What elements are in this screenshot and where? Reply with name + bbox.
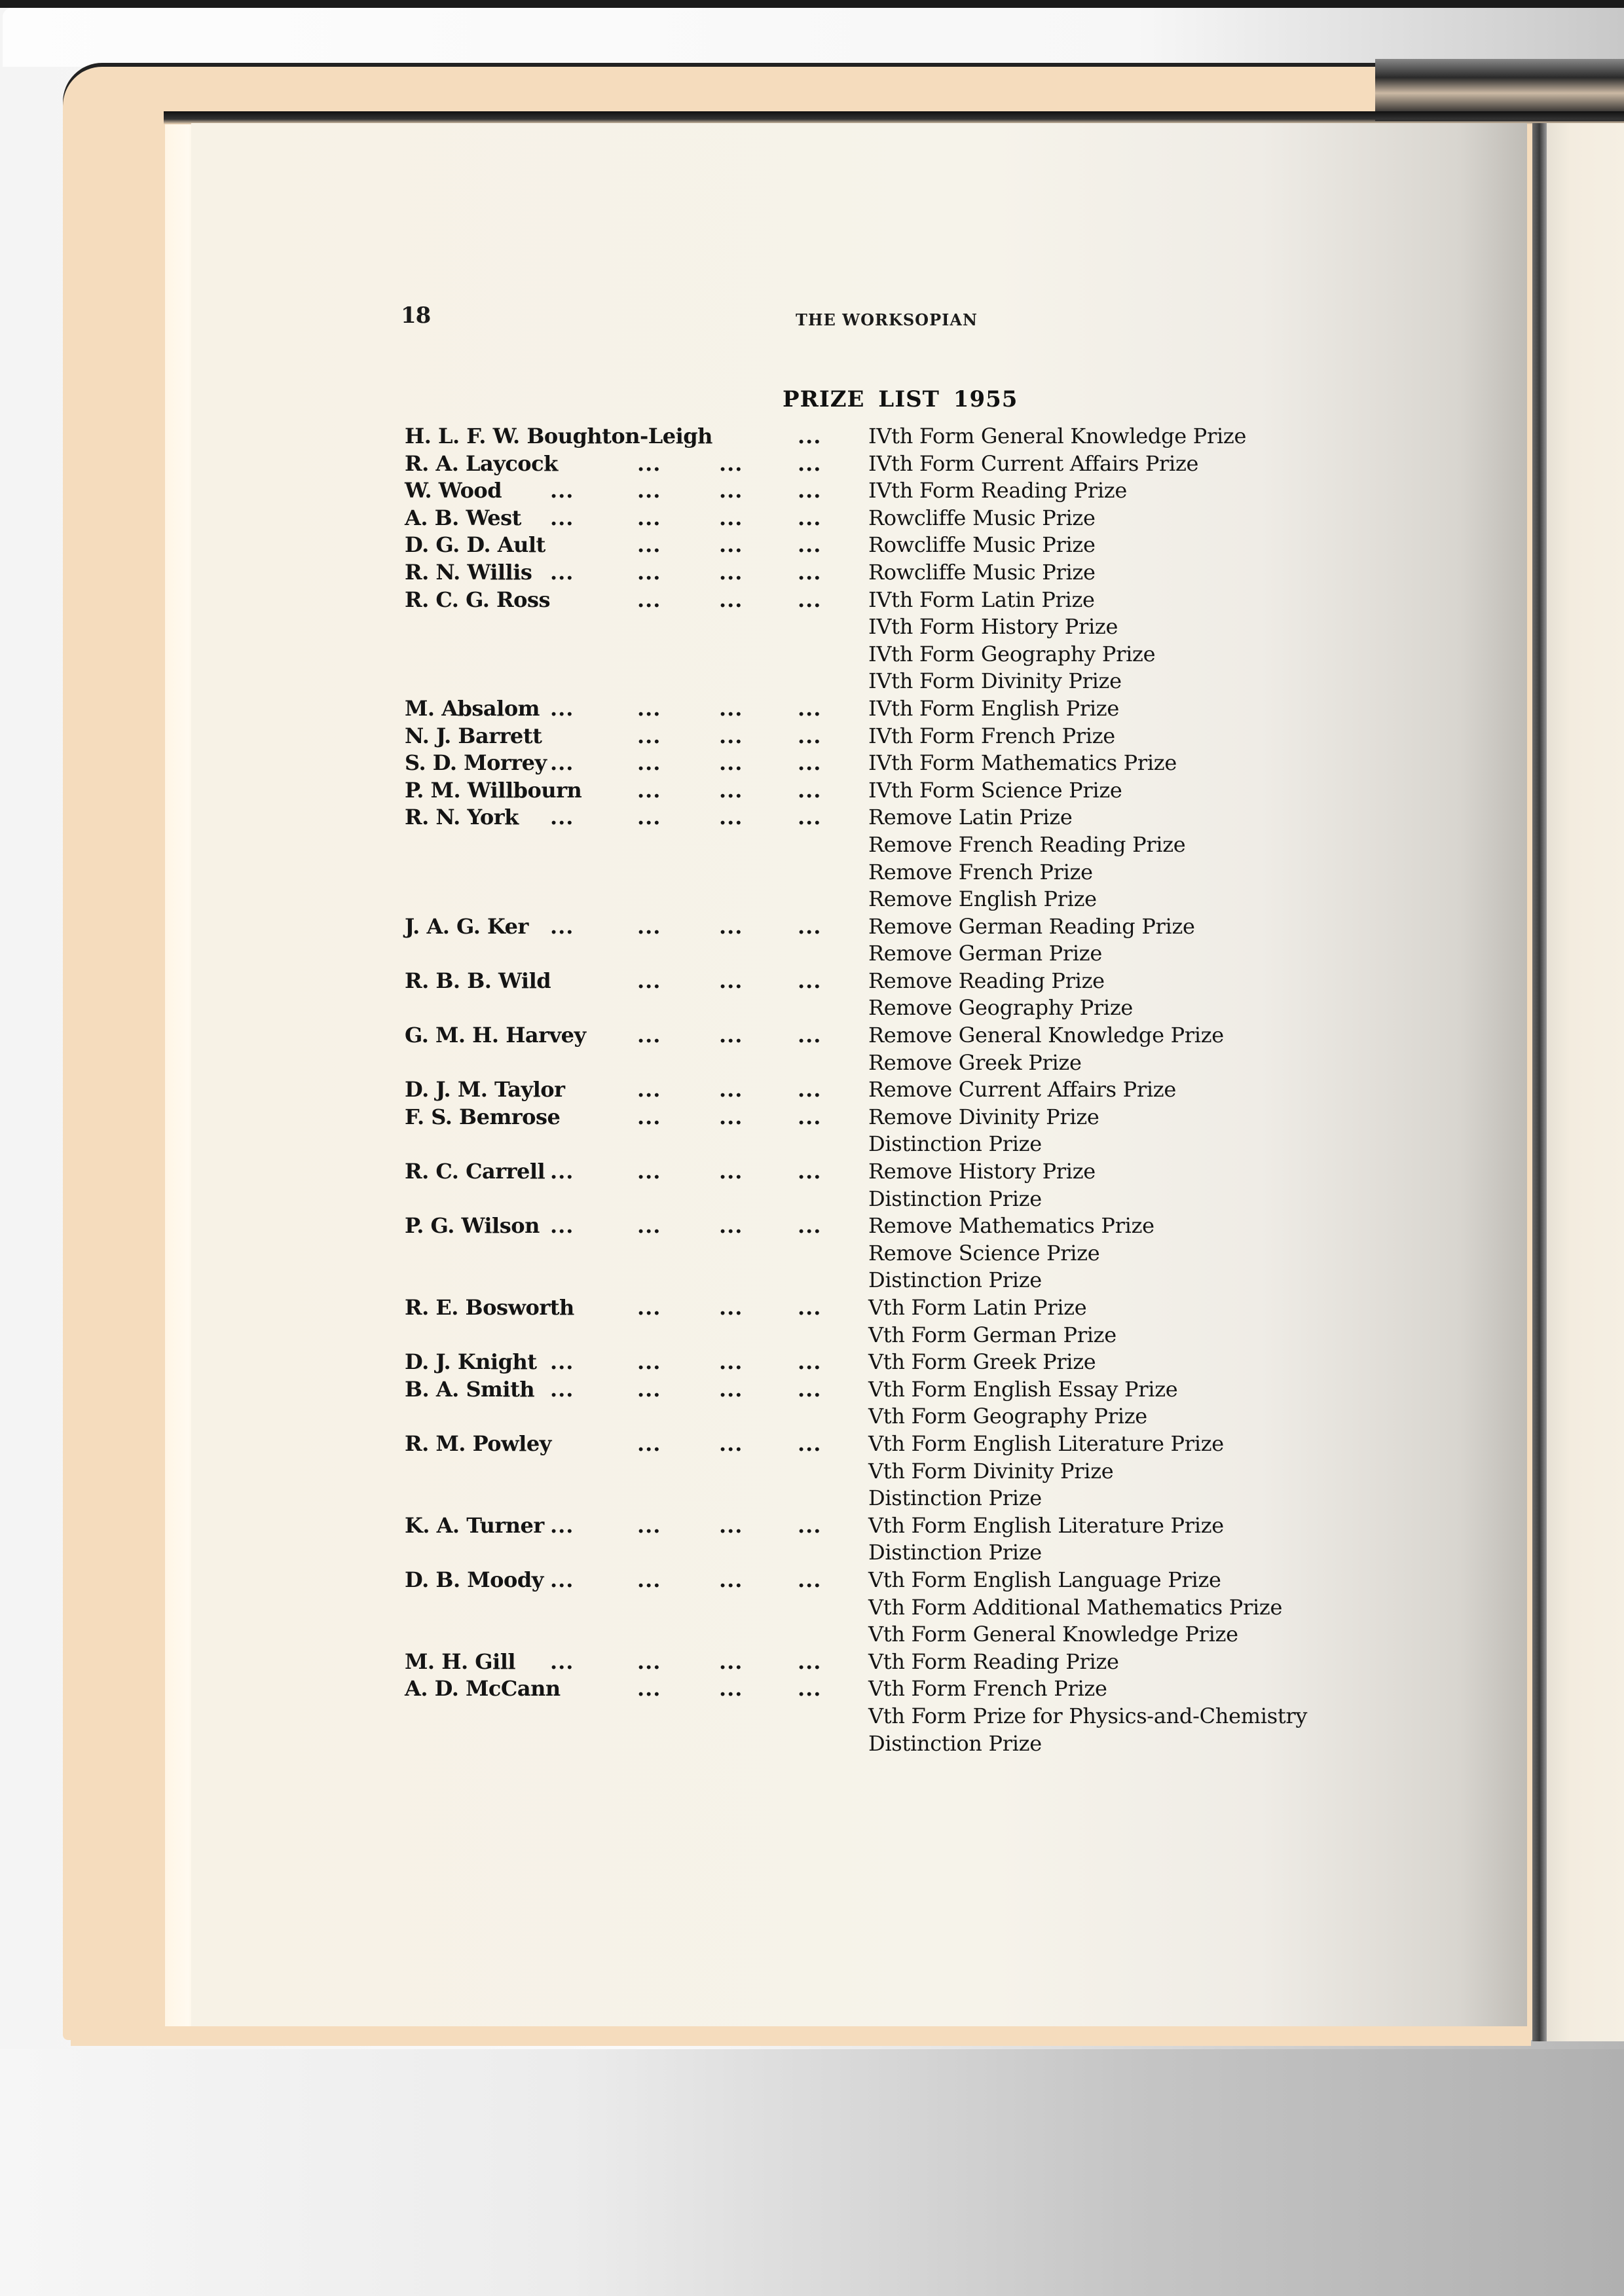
list-item: Remove Geography Prize: [405, 994, 1426, 1022]
prize-name: Distinction Prize: [868, 1539, 1042, 1567]
winner-name: R. B. B. Wild: [405, 968, 551, 995]
winner-name: M. H. Gill: [405, 1649, 515, 1676]
winner-name: D. G. D. Ault: [405, 532, 545, 559]
list-item: H. L. F. W. Boughton-Leigh...IVth Form G…: [405, 423, 1426, 450]
leader-dots: ...: [637, 1294, 661, 1322]
leader-dots: ...: [798, 1512, 821, 1540]
list-item: Vth Form German Prize: [405, 1322, 1426, 1349]
leader-dots: ...: [637, 777, 661, 805]
leader-dots: ...: [719, 777, 743, 805]
leader-dots: ...: [798, 1158, 821, 1186]
leader-dots: ...: [798, 968, 821, 995]
list-item: Distinction Prize: [405, 1131, 1426, 1158]
prize-name: Remove Mathematics Prize: [868, 1212, 1154, 1240]
leader-dots: ...: [719, 559, 743, 587]
winner-name: R. A. Laycock: [405, 450, 558, 478]
winner-name: R. N. Willis: [405, 559, 532, 587]
prize-name: Remove Science Prize: [868, 1240, 1099, 1267]
leader-dots: ...: [637, 505, 661, 532]
prize-name: IVth Form Geography Prize: [868, 641, 1155, 668]
leader-dots: ...: [637, 450, 661, 478]
list-item: Remove German Prize: [405, 940, 1426, 968]
leader-dots: ...: [719, 532, 743, 559]
prize-name: Distinction Prize: [868, 1267, 1042, 1294]
prize-name: IVth Form General Knowledge Prize: [868, 423, 1246, 450]
prize-name: IVth Form History Prize: [868, 613, 1118, 641]
leader-dots: ...: [719, 1349, 743, 1376]
scanner-bed-bottom: [0, 2049, 1624, 2296]
cover-bottom-edge: [71, 2026, 1531, 2046]
leader-dots: ...: [550, 804, 574, 831]
leader-dots: ...: [719, 804, 743, 831]
page-title: PRIZE LIST 1955: [783, 386, 1018, 412]
list-item: A. D. McCann.........Vth Form French Pri…: [405, 1675, 1426, 1703]
prize-name: Remove Reading Prize: [868, 968, 1105, 995]
leader-dots: ...: [719, 913, 743, 941]
leader-dots: ...: [637, 1567, 661, 1594]
winner-name: M. Absalom: [405, 695, 540, 723]
leader-dots: ...: [637, 532, 661, 559]
leader-dots: ...: [719, 1158, 743, 1186]
list-item: D. J. Knight............Vth Form Greek P…: [405, 1349, 1426, 1376]
leader-dots: ...: [798, 1376, 821, 1404]
leader-dots: ...: [719, 1104, 743, 1131]
leader-dots: ...: [637, 1022, 661, 1049]
leader-dots: ...: [798, 423, 821, 450]
winner-name: D. J. Knight: [405, 1349, 536, 1376]
leader-dots: ...: [719, 1294, 743, 1322]
leader-dots: ...: [798, 450, 821, 478]
prize-name: Vth Form Latin Prize: [868, 1294, 1086, 1322]
leader-dots: ...: [550, 559, 574, 587]
list-item: IVth Form Geography Prize: [405, 641, 1426, 668]
leader-dots: ...: [637, 559, 661, 587]
leader-dots: ...: [550, 1567, 574, 1594]
leader-dots: ...: [637, 1212, 661, 1240]
leader-dots: ...: [798, 587, 821, 614]
prize-name: Remove English Prize: [868, 886, 1097, 913]
list-item: R. C. Carrell............Remove History …: [405, 1158, 1426, 1186]
leader-dots: ...: [719, 723, 743, 750]
leader-dots: ...: [719, 1567, 743, 1594]
prize-name: Vth Form Reading Prize: [868, 1649, 1119, 1676]
list-item: P. G. Wilson............Remove Mathemati…: [405, 1212, 1426, 1240]
winner-name: B. A. Smith: [405, 1376, 534, 1404]
leader-dots: ...: [550, 695, 574, 723]
winner-name: D. B. Moody: [405, 1567, 544, 1594]
winner-name: F. S. Bemrose: [405, 1104, 560, 1131]
prize-name: IVth Form French Prize: [868, 723, 1115, 750]
leader-dots: ...: [637, 1675, 661, 1703]
prize-name: Distinction Prize: [868, 1186, 1042, 1213]
leader-dots: ...: [798, 559, 821, 587]
running-head: THE WORKSOPIAN: [796, 310, 978, 329]
list-item: B. A. Smith............Vth Form English …: [405, 1376, 1426, 1404]
prize-name: Vth Form English Language Prize: [868, 1567, 1221, 1594]
leader-dots: ...: [637, 913, 661, 941]
leader-dots: ...: [798, 695, 821, 723]
leader-dots: ...: [637, 1649, 661, 1676]
leader-dots: ...: [550, 1212, 574, 1240]
winner-name: H. L. F. W. Boughton-Leigh: [405, 423, 712, 450]
leader-dots: ...: [719, 450, 743, 478]
prize-name: IVth Form Divinity Prize: [868, 668, 1122, 695]
list-item: W. Wood............IVth Form Reading Pri…: [405, 477, 1426, 505]
leader-dots: ...: [798, 1022, 821, 1049]
list-item: Distinction Prize: [405, 1730, 1426, 1758]
prize-name: Remove General Knowledge Prize: [868, 1022, 1224, 1049]
leader-dots: ...: [798, 1675, 821, 1703]
list-item: G. M. H. Harvey.........Remove General K…: [405, 1022, 1426, 1049]
leader-dots: ...: [798, 777, 821, 805]
leader-dots: ...: [798, 723, 821, 750]
winner-name: P. G. Wilson: [405, 1212, 540, 1240]
leader-dots: ...: [550, 1376, 574, 1404]
prize-name: Vth Form Greek Prize: [868, 1349, 1096, 1376]
prize-name: Remove Greek Prize: [868, 1049, 1082, 1077]
winner-name: J. A. G. Ker: [405, 913, 528, 941]
list-item: F. S. Bemrose.........Remove Divinity Pr…: [405, 1104, 1426, 1131]
list-item: Remove French Reading Prize: [405, 831, 1426, 859]
list-item: K. A. Turner............Vth Form English…: [405, 1512, 1426, 1540]
leader-dots: ...: [550, 1158, 574, 1186]
leader-dots: ...: [798, 1430, 821, 1458]
prize-name: Vth Form Additional Mathematics Prize: [868, 1594, 1282, 1622]
winner-name: N. J. Barrett: [405, 723, 542, 750]
prize-name: Rowcliffe Music Prize: [868, 559, 1096, 587]
leader-dots: ...: [550, 1512, 574, 1540]
prize-name: Vth Form Prize for Physics-and-Chemistry: [868, 1703, 1307, 1730]
leader-dots: ...: [798, 750, 821, 777]
prize-name: Vth Form English Literature Prize: [868, 1512, 1224, 1540]
prize-name: Remove History Prize: [868, 1158, 1096, 1186]
leader-dots: ...: [637, 1349, 661, 1376]
leader-dots: ...: [798, 1649, 821, 1676]
winner-name: R. C. G. Ross: [405, 587, 550, 614]
winner-name: A. D. McCann: [405, 1675, 561, 1703]
list-item: Vth Form Divinity Prize: [405, 1458, 1426, 1485]
leader-dots: ...: [637, 1076, 661, 1104]
leader-dots: ...: [550, 913, 574, 941]
winner-name: R. E. Bosworth: [405, 1294, 574, 1322]
leader-dots: ...: [637, 1104, 661, 1131]
prize-name: Remove French Reading Prize: [868, 831, 1185, 859]
list-item: D. J. M. Taylor.........Remove Current A…: [405, 1076, 1426, 1104]
prize-name: IVth Form English Prize: [868, 695, 1119, 723]
list-item: Remove Greek Prize: [405, 1049, 1426, 1077]
prize-name: Vth Form French Prize: [868, 1675, 1107, 1703]
winner-name: K. A. Turner: [405, 1512, 544, 1540]
list-item: M. Absalom............IVth Form English …: [405, 695, 1426, 723]
book-gutter: [1532, 123, 1547, 2041]
leader-dots: ...: [550, 1649, 574, 1676]
list-item: Vth Form Prize for Physics-and-Chemistry: [405, 1703, 1426, 1730]
leader-dots: ...: [637, 1430, 661, 1458]
prize-name: Remove Latin Prize: [868, 804, 1073, 831]
leader-dots: ...: [719, 1022, 743, 1049]
prize-name: IVth Form Mathematics Prize: [868, 750, 1177, 777]
leader-dots: ...: [550, 750, 574, 777]
leader-dots: ...: [719, 1376, 743, 1404]
prize-name: Vth Form General Knowledge Prize: [868, 1621, 1238, 1649]
leader-dots: ...: [719, 1076, 743, 1104]
prize-list: H. L. F. W. Boughton-Leigh...IVth Form G…: [405, 423, 1426, 1757]
list-item: IVth Form Divinity Prize: [405, 668, 1426, 695]
prize-name: IVth Form Science Prize: [868, 777, 1122, 805]
prize-name: Distinction Prize: [868, 1485, 1042, 1512]
winner-name: R. M. Powley: [405, 1430, 551, 1458]
leader-dots: ...: [719, 587, 743, 614]
leader-dots: ...: [798, 532, 821, 559]
leader-dots: ...: [798, 1294, 821, 1322]
list-item: Remove Science Prize: [405, 1240, 1426, 1267]
leader-dots: ...: [637, 587, 661, 614]
leader-dots: ...: [798, 1076, 821, 1104]
scanner-edge: [0, 0, 1624, 8]
prize-name: Rowcliffe Music Prize: [868, 505, 1096, 532]
leader-dots: ...: [719, 1675, 743, 1703]
leader-dots: ...: [637, 1158, 661, 1186]
winner-name: P. M. Willbourn: [405, 777, 581, 805]
list-item: IVth Form History Prize: [405, 613, 1426, 641]
leader-dots: ...: [798, 477, 821, 505]
list-item: S. D. Morrey............IVth Form Mathem…: [405, 750, 1426, 777]
prize-name: Distinction Prize: [868, 1730, 1042, 1758]
leader-dots: ...: [550, 1349, 574, 1376]
leader-dots: ...: [719, 477, 743, 505]
winner-name: W. Wood: [405, 477, 502, 505]
list-item: R. M. Powley.........Vth Form English Li…: [405, 1430, 1426, 1458]
list-item: R. N. York............Remove Latin Prize: [405, 804, 1426, 831]
prize-name: IVth Form Latin Prize: [868, 587, 1095, 614]
list-item: R. C. G. Ross.........IVth Form Latin Pr…: [405, 587, 1426, 614]
list-item: A. B. West............Rowcliffe Music Pr…: [405, 505, 1426, 532]
leader-dots: ...: [637, 723, 661, 750]
winner-name: S. D. Morrey: [405, 750, 547, 777]
list-item: P. M. Willbourn.........IVth Form Scienc…: [405, 777, 1426, 805]
list-item: Distinction Prize: [405, 1186, 1426, 1213]
list-item: R. E. Bosworth.........Vth Form Latin Pr…: [405, 1294, 1426, 1322]
leader-dots: ...: [637, 968, 661, 995]
leader-dots: ...: [719, 750, 743, 777]
winner-name: R. N. York: [405, 804, 519, 831]
list-item: D. G. D. Ault.........Rowcliffe Music Pr…: [405, 532, 1426, 559]
prize-name: Vth Form English Essay Prize: [868, 1376, 1177, 1404]
list-item: R. B. B. Wild.........Remove Reading Pri…: [405, 968, 1426, 995]
leader-dots: ...: [637, 477, 661, 505]
list-item: D. B. Moody............Vth Form English …: [405, 1567, 1426, 1594]
prize-name: Vth Form German Prize: [868, 1322, 1116, 1349]
prize-name: Remove Divinity Prize: [868, 1104, 1099, 1131]
leader-dots: ...: [798, 913, 821, 941]
leader-dots: ...: [637, 1512, 661, 1540]
leader-dots: ...: [719, 1430, 743, 1458]
page-number: 18: [401, 302, 430, 329]
scanner-bed: [3, 8, 1624, 67]
facing-page: [1547, 123, 1624, 2041]
leader-dots: ...: [637, 804, 661, 831]
list-item: Vth Form Geography Prize: [405, 1403, 1426, 1430]
winner-name: R. C. Carrell: [405, 1158, 545, 1186]
prize-name: Rowcliffe Music Prize: [868, 532, 1096, 559]
prize-name: Remove German Reading Prize: [868, 913, 1195, 941]
list-item: Remove French Prize: [405, 859, 1426, 886]
list-item: M. H. Gill............Vth Form Reading P…: [405, 1649, 1426, 1676]
prize-name: Remove Geography Prize: [868, 994, 1133, 1022]
leader-dots: ...: [637, 695, 661, 723]
leader-dots: ...: [798, 1212, 821, 1240]
list-item: R. N. Willis............Rowcliffe Music …: [405, 559, 1426, 587]
leader-dots: ...: [719, 968, 743, 995]
prize-name: IVth Form Reading Prize: [868, 477, 1127, 505]
leader-dots: ...: [798, 804, 821, 831]
list-item: Remove English Prize: [405, 886, 1426, 913]
prize-name: Vth Form English Literature Prize: [868, 1430, 1224, 1458]
leader-dots: ...: [719, 1649, 743, 1676]
leader-dots: ...: [637, 1376, 661, 1404]
list-item: Distinction Prize: [405, 1485, 1426, 1512]
winner-name: A. B. West: [405, 505, 521, 532]
prize-name: Vth Form Divinity Prize: [868, 1458, 1113, 1485]
list-item: Distinction Prize: [405, 1267, 1426, 1294]
list-item: Distinction Prize: [405, 1539, 1426, 1567]
leader-dots: ...: [798, 1349, 821, 1376]
prize-name: Remove German Prize: [868, 940, 1102, 968]
list-item: Vth Form General Knowledge Prize: [405, 1621, 1426, 1649]
leader-dots: ...: [798, 505, 821, 532]
list-item: N. J. Barrett.........IVth Form French P…: [405, 723, 1426, 750]
leader-dots: ...: [719, 1512, 743, 1540]
prize-name: Remove Current Affairs Prize: [868, 1076, 1176, 1104]
leader-dots: ...: [798, 1104, 821, 1131]
prize-name: Distinction Prize: [868, 1131, 1042, 1158]
list-item: Vth Form Additional Mathematics Prize: [405, 1594, 1426, 1622]
prize-name: Vth Form Geography Prize: [868, 1403, 1147, 1430]
list-item: J. A. G. Ker............Remove German Re…: [405, 913, 1426, 941]
leader-dots: ...: [550, 477, 574, 505]
prize-name: Remove French Prize: [868, 859, 1093, 886]
list-item: R. A. Laycock.........IVth Form Current …: [405, 450, 1426, 478]
cover-shadow: [164, 111, 1624, 124]
leader-dots: ...: [637, 750, 661, 777]
leader-dots: ...: [719, 505, 743, 532]
leader-dots: ...: [550, 505, 574, 532]
leader-dots: ...: [719, 1212, 743, 1240]
leader-dots: ...: [798, 1567, 821, 1594]
winner-name: D. J. M. Taylor: [405, 1076, 564, 1104]
winner-name: G. M. H. Harvey: [405, 1022, 586, 1049]
leader-dots: ...: [719, 695, 743, 723]
prize-name: IVth Form Current Affairs Prize: [868, 450, 1198, 478]
